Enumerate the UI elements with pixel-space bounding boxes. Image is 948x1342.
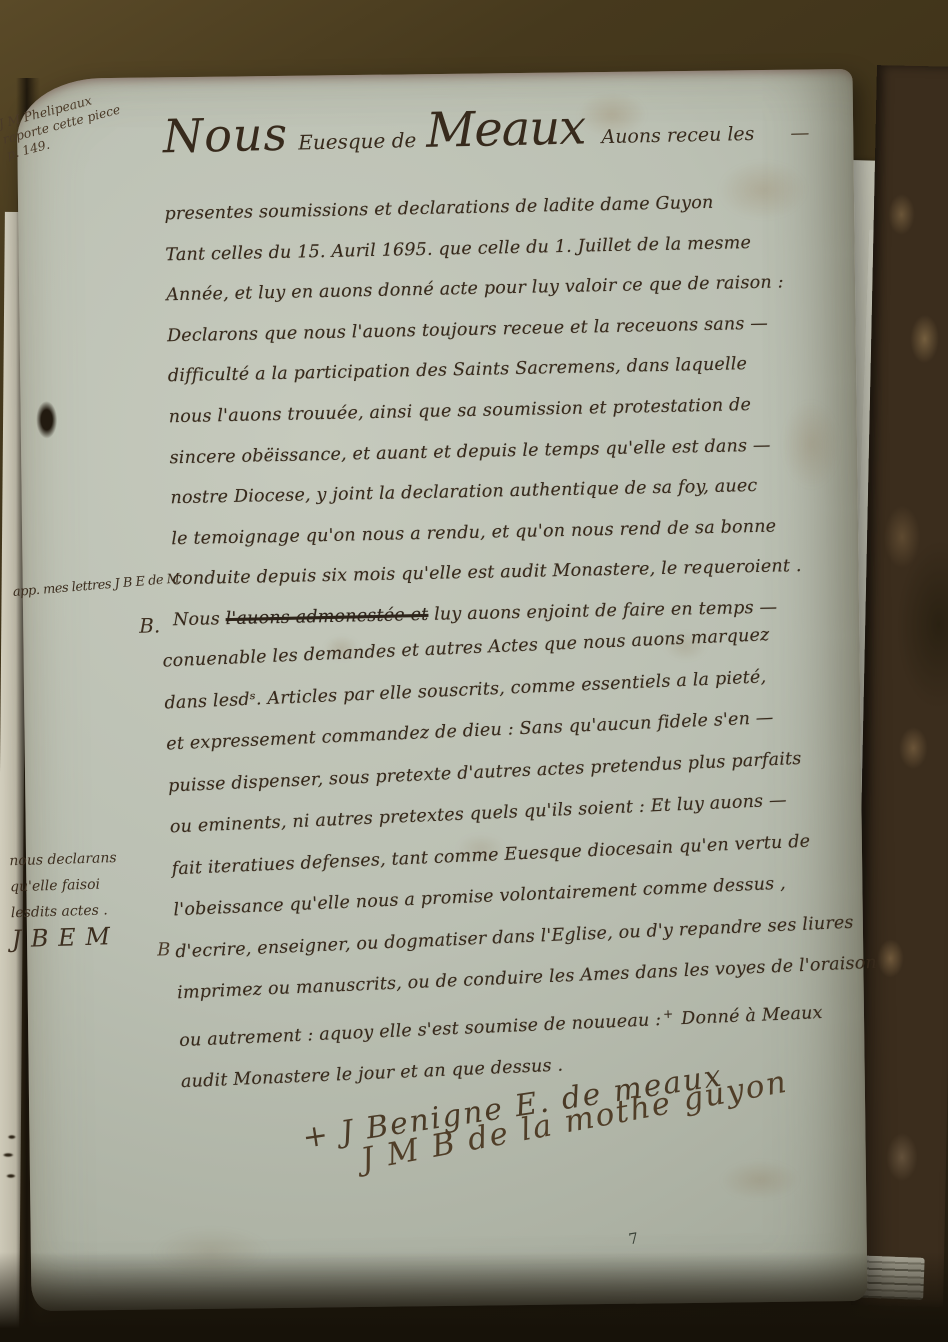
margin-note-line: nous declarans xyxy=(9,845,117,874)
meaux-line-pre: ou autrement : aquoy elle s'est soumise … xyxy=(179,1009,662,1050)
margin-initial-b: B xyxy=(157,939,170,960)
opening-line: Nous Euesque de Meaux Auons receu les — xyxy=(162,94,840,194)
insertion-caret: + xyxy=(663,1006,674,1020)
struck-text: l'auons admonestée et xyxy=(225,605,428,629)
manuscript-page: J M Phelipeaux raporte cette piece p. 14… xyxy=(17,69,868,1311)
paragraph-1: presentes soumissions et declarations de… xyxy=(164,180,848,600)
table-shadow xyxy=(0,1252,948,1342)
manuscript-text: Nous Euesque de Meaux Auons receu les — … xyxy=(162,94,860,1154)
opening-word-euesque: Euesque de xyxy=(298,128,417,154)
margin-note-declaration: nous declarans qu'elle faisoi lesdits ac… xyxy=(9,845,119,952)
manuscript-photo: J M Phelipeaux raporte cette piece p. 14… xyxy=(0,0,948,1342)
opening-word-nous: Nous xyxy=(162,107,288,164)
meaux-line-post: Donné à Meaux xyxy=(675,1002,823,1028)
margin-signature: J B E M xyxy=(11,923,119,952)
margin-note-rature-approval: app. mes lettres J B E de M xyxy=(12,571,180,600)
ink-blot xyxy=(32,395,61,445)
margin-initial-b: B. xyxy=(139,613,160,637)
paragraph-2: conuenable les demandes et autres Actes … xyxy=(162,612,860,1154)
strike-line-pre: Nous xyxy=(173,609,226,630)
margin-note-line: qu'elle faisoi xyxy=(10,871,118,900)
folio-number: 7 xyxy=(627,1229,639,1248)
opening-word-meaux: Meaux xyxy=(426,99,586,158)
opening-rest: Auons receu les xyxy=(601,123,754,148)
paper-stain xyxy=(720,1160,800,1201)
line-filler-dash: — xyxy=(790,122,809,144)
